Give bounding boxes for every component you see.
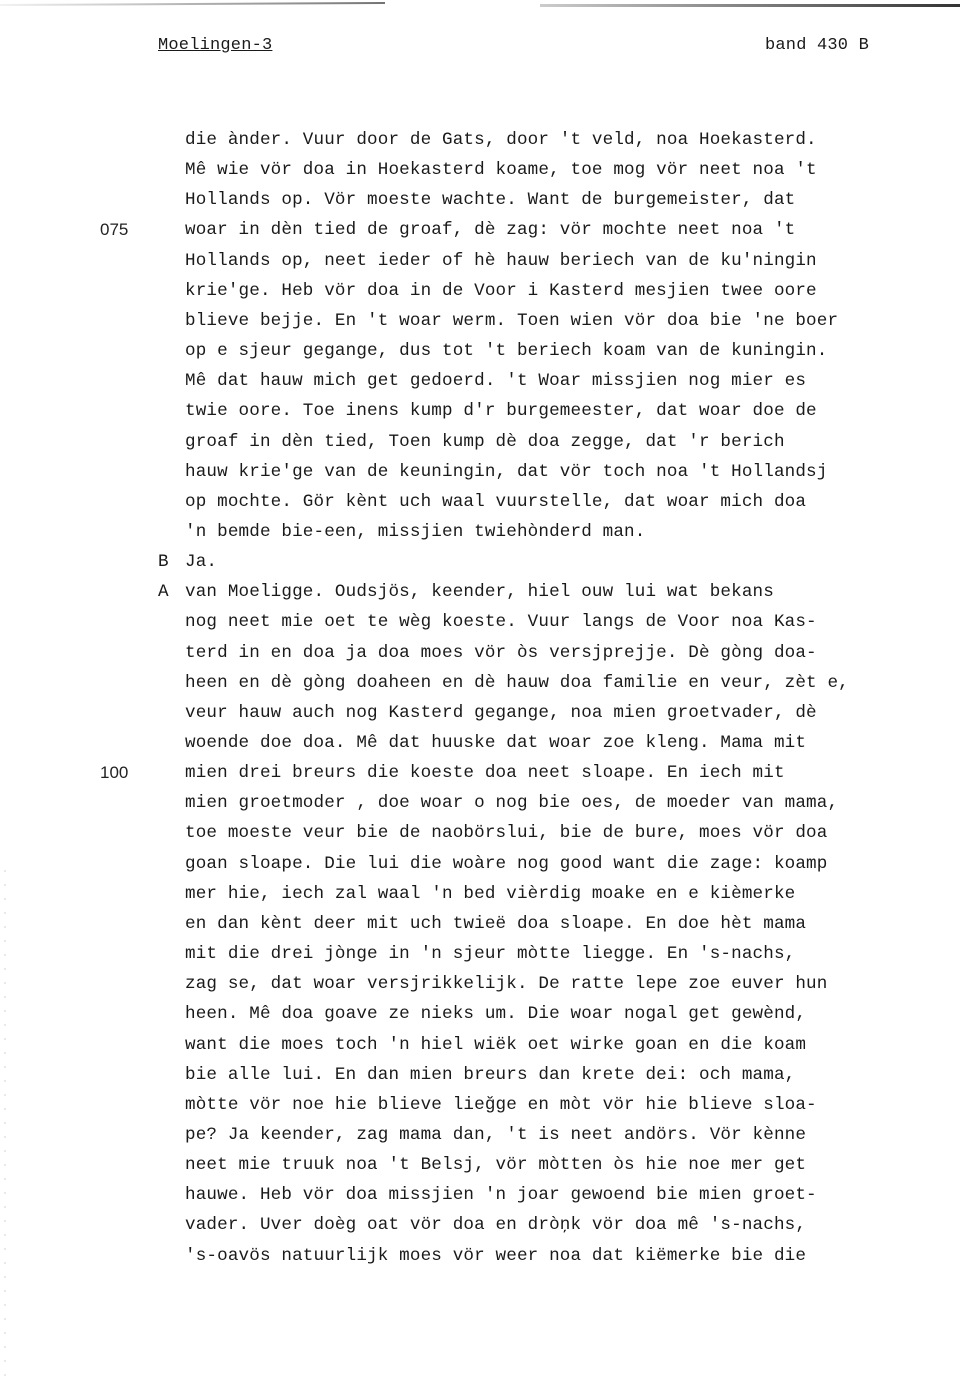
transcript-line: Ja. [185, 550, 217, 574]
transcript-line: op e sjeur gegange, dus tot 't beriech k… [185, 339, 827, 363]
transcript-line: neet mie truuk noa 't Belsj, vör mòtten … [185, 1153, 806, 1177]
transcript-line: woende doe doa. Mê dat huuske dat woar z… [185, 731, 806, 755]
transcript-line: mit die drei jònge in 'n sjeur mòtte lie… [185, 942, 795, 966]
transcript-line: Mê wie vör doa in Hoekasterd koame, toe … [185, 158, 817, 182]
transcript-line: op mochte. Gör kènt uch waal vuurstelle,… [185, 490, 806, 514]
speaker-label: B [158, 550, 169, 574]
scan-edge-right [540, 4, 960, 7]
speaker-label: A [158, 580, 169, 604]
transcript-line: terd in en doa ja doa moes vör òs versjp… [185, 641, 817, 665]
transcript-line: woar in dèn tied de groaf, dè zag: vör m… [185, 218, 795, 242]
transcript-line: groaf in dèn tied, Toen kump dè doa zegg… [185, 430, 785, 454]
line-counter: 100 [100, 761, 128, 785]
transcript-line: mòtte vör noe hie blieve lieğge en mòt v… [185, 1093, 817, 1117]
transcript-line: want die moes toch 'n hiel wiëk oet wirk… [185, 1033, 806, 1057]
transcript-line: heen. Mê doa goave ze nieks um. Die woar… [185, 1002, 806, 1026]
transcript-line: mer hie, iech zal waal 'n bed vièrdig mo… [185, 882, 795, 906]
tape-reference: band 430 B [765, 36, 869, 55]
transcript-line: hauw krie'ge van de keuningin, dat vör t… [185, 460, 827, 484]
transcript-line: mien groetmoder , doe woar o nog bie oes… [185, 791, 838, 815]
scan-edge-left [0, 2, 385, 6]
transcript-line: pe? Ja keender, zag mama dan, 't is neet… [185, 1123, 806, 1147]
transcript-line: veur hauw auch nog Kasterd gegange, noa … [185, 701, 817, 725]
transcript-line: toe moeste veur bie de naobörslui, bie d… [185, 821, 827, 845]
transcript-line: 'n bemde bie-een, missjien twiehònderd m… [185, 520, 645, 544]
transcript-line: 's-oavös natuurlijk moes vör weer noa da… [185, 1244, 806, 1268]
transcript-line: die ànder. Vuur door de Gats, door 't ve… [185, 128, 817, 152]
transcript-line: Hollands op, neet ieder of hè hauw berie… [185, 249, 817, 273]
transcript-line: Hollands op. Vör moeste wachte. Want de … [185, 188, 795, 212]
transcript-line: nog neet mie oet te wèg koeste. Vuur lan… [185, 610, 817, 634]
transcript-line: en dan kènt deer mit uch twieë doa sloap… [185, 912, 806, 936]
transcript-line: twie oore. Toe inens kump d'r burgemeest… [185, 399, 817, 423]
transcript-line: bie alle lui. En dan mien breurs dan kre… [185, 1063, 795, 1087]
transcript-line: heen en dè gòng doaheen en dè hauw doa f… [185, 671, 849, 695]
line-counter: 075 [100, 218, 128, 242]
scan-margin-specks [4, 870, 6, 1380]
transcript-line: blieve bejje. En 't woar werm. Toen wien… [185, 309, 838, 333]
transcript-line: krie'ge. Heb vör doa in de Voor i Kaster… [185, 279, 817, 303]
transcript-line: mien drei breurs die koeste doa neet slo… [185, 761, 785, 785]
transcript-line: van Moeligge. Oudsjös, keender, hiel ouw… [185, 580, 774, 604]
transcript-line: zag se, dat woar versjrikkelijk. De ratt… [185, 972, 827, 996]
document-title: Moelingen-3 [158, 36, 272, 55]
transcript-line: Mê dat hauw mich get gedoerd. 't Woar mi… [185, 369, 806, 393]
transcript-line: goan sloape. Die lui die woàre nog good … [185, 852, 827, 876]
transcript-line: vader. Uver doèg oat vör doa en dròņk vö… [185, 1213, 806, 1237]
transcript-line: hauwe. Heb vör doa missjien 'n joar gewo… [185, 1183, 817, 1207]
